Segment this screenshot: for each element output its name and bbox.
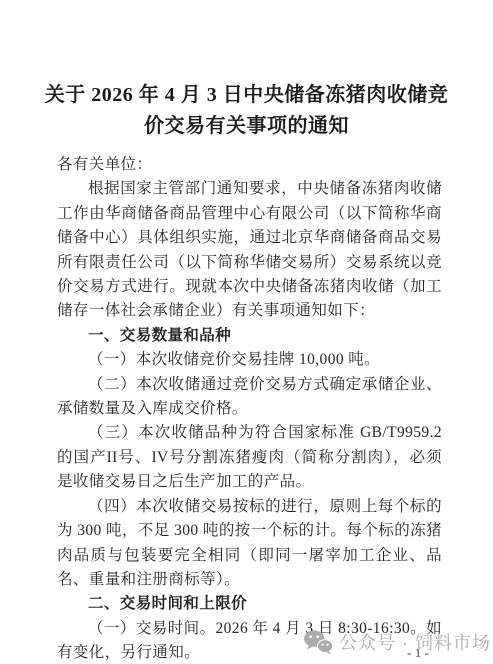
watermark-text: 公众号 · 饲料市场: [339, 629, 491, 655]
salutation: 各有关单位：: [57, 153, 442, 177]
paragraph-item-1: （一）本次收储竞价交易挂牌 10,000 吨。: [57, 348, 442, 372]
paragraph-item-2: （二）本次收储通过竞价交易方式确定承储企业、承储数量及入库成交价格。: [57, 373, 442, 422]
paragraph-intro: 根据国家主管部门通知要求，中央储备冻猪肉收储工作由华商储备商品管理中心有限公司（…: [57, 177, 442, 323]
paragraph-item-3: （三）本次收储品种为符合国家标准 GB/T9959.2 的国产II号、IV号分割…: [57, 421, 442, 494]
document-page: 关于 2026 年 4 月 3 日中央储备冻猪肉收储竞价交易有关事项的通知 各有…: [0, 0, 493, 664]
section-heading-2: 二、交易时间和上限价: [57, 592, 442, 616]
section-heading-1: 一、交易数量和品种: [57, 324, 442, 348]
document-title: 关于 2026 年 4 月 3 日中央储备冻猪肉收储竞价交易有关事项的通知: [38, 80, 455, 142]
paragraph-item-4: （四）本次收储交易按标的进行，原则上每个标的为 300 吨，不足 300 吨的按…: [57, 495, 442, 593]
wechat-icon: [303, 629, 333, 655]
document-body: 各有关单位： 根据国家主管部门通知要求，中央储备冻猪肉收储工作由华商储备商品管理…: [57, 153, 442, 664]
wechat-watermark: 公众号 · 饲料市场: [303, 629, 491, 655]
